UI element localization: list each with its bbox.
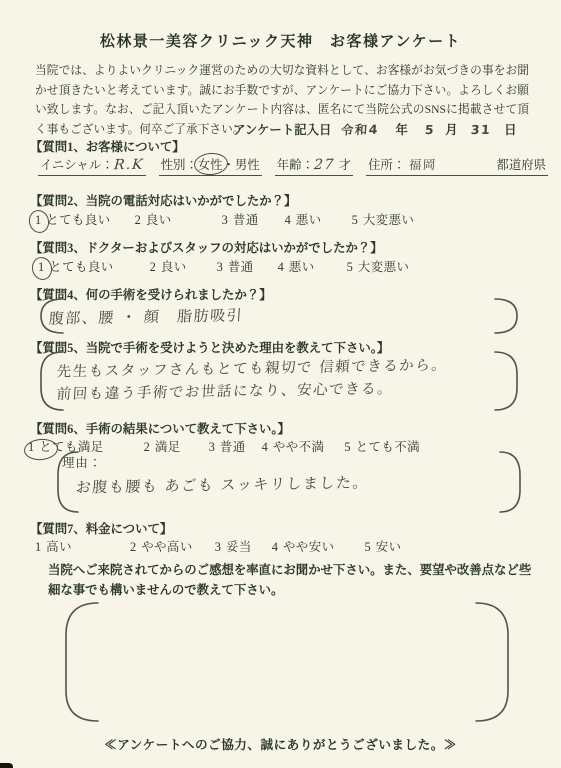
survey-date-line: アンケート記入日 令和4 年 5 月 31 日 (233, 120, 517, 138)
address-unit: 都道府県 (497, 155, 547, 173)
initial-value-handwritten: R.K (113, 157, 144, 174)
thanks-message: ≪アンケートへのご協力、誠にありがとうございました。≫ (0, 734, 561, 753)
q7-option-4: 4やや安い (272, 537, 335, 555)
q6-header: 【質問6、手術の結果について教えて下さい。】 (30, 419, 290, 437)
initial-field: イニシャル： R.K (38, 155, 146, 176)
address-label: 住所： (368, 155, 405, 173)
age-label: 年齢： (277, 155, 314, 173)
page-title: 松林景一美容クリニック天神 お客様アンケート (0, 30, 561, 51)
q7-option-2: 2やや高い (130, 537, 193, 555)
scan-artifact-mark (0, 763, 13, 768)
date-month-suffix: 月 (445, 123, 457, 137)
answer-bracket (56, 601, 518, 723)
q3-options: 1とても良い 2良い 3普通 4悪い 5大変悪い (38, 257, 409, 275)
survey-scan-page: 松林景一美容クリニック天神 お客様アンケート 当院では、よりよいクリニック運営の… (0, 0, 561, 768)
q3-option-2: 2良い (150, 257, 187, 275)
q3-option-4: 4悪い (278, 257, 315, 275)
initial-label: イニシャル： (40, 155, 114, 173)
q7-option-1: 1高い (35, 537, 72, 555)
q2-option-4: 4悪い (285, 210, 322, 228)
date-day-suffix: 日 (504, 123, 516, 137)
q1-header: 【質問1、お客様について】 (30, 137, 185, 155)
feedback-prompt: 当院へご来院されてからのご感想を率直にお聞かせ下さい。また、要望や改善点など些細… (48, 561, 532, 600)
q1-fields-row: イニシャル： R.K 性別： 女性 ・ 男性 年齢： 27 才 住所： 福岡 都… (38, 155, 561, 176)
gender-male: 男性 (235, 155, 260, 173)
address-value-handwritten: 福岡 (409, 155, 438, 173)
gender-field: 性別： 女性 ・ 男性 (159, 155, 262, 176)
date-month-handwritten: 5 (424, 122, 435, 137)
q2-header: 【質問2、当院の電話対応はいかがでしたか？】 (30, 191, 296, 209)
q7-header: 【質問7、料金について】 (30, 519, 172, 537)
q6-reason-box: 理由： お腹も腰も あごも スッキリしました。 (50, 450, 528, 514)
q3-header: 【質問3、ドクターおよびスタッフの対応はいかがでしたか？】 (30, 238, 383, 256)
q2-option-2: 2良い (135, 210, 172, 228)
q3-option-3: 3普通 (217, 257, 254, 275)
q4-answer-handwritten: 腹部、腰 ・ 顔 脂肪吸引 (48, 304, 244, 328)
q6-reason-label: 理由： (62, 453, 102, 471)
q2-option-5: 5大変悪い (352, 210, 415, 228)
q7-option-5: 5安い (365, 537, 402, 555)
age-unit: 才 (339, 155, 351, 173)
q3-option-1: 1とても良い (38, 257, 114, 275)
q5-answer-box: 先生もスタッフさんもとても親切で 信頼できるから。 前回も違う手術でお世話になり… (33, 350, 525, 412)
age-value-handwritten: 27 (313, 157, 335, 173)
feedback-answer-box (56, 601, 518, 723)
date-day-handwritten: 31 (470, 122, 491, 137)
q2-options: 1とても良い 2良い 3普通 4悪い 5大変悪い (35, 210, 414, 228)
q2-option-1: 1とても良い (35, 210, 111, 228)
q7-options: 1高い 2やや高い 3妥当 4やや安い 5安い (35, 537, 401, 555)
q3-option-5: 5大変悪い (347, 257, 410, 275)
date-era-year-handwritten: 令和4 (340, 120, 379, 139)
address-field: 住所： 福岡 都道府県 (366, 155, 548, 176)
gender-female-circled: 女性 (198, 155, 223, 173)
date-year-suffix: 年 (396, 123, 408, 137)
age-field: 年齢： 27 才 (275, 155, 353, 176)
q4-answer-box: 腹部、腰 ・ 顔 脂肪吸引 (33, 297, 525, 335)
date-label: アンケート記入日 (233, 123, 331, 137)
q2-option-3: 3普通 (222, 210, 259, 228)
gender-label: 性別： (161, 155, 198, 173)
q7-option-3: 3妥当 (215, 537, 252, 555)
